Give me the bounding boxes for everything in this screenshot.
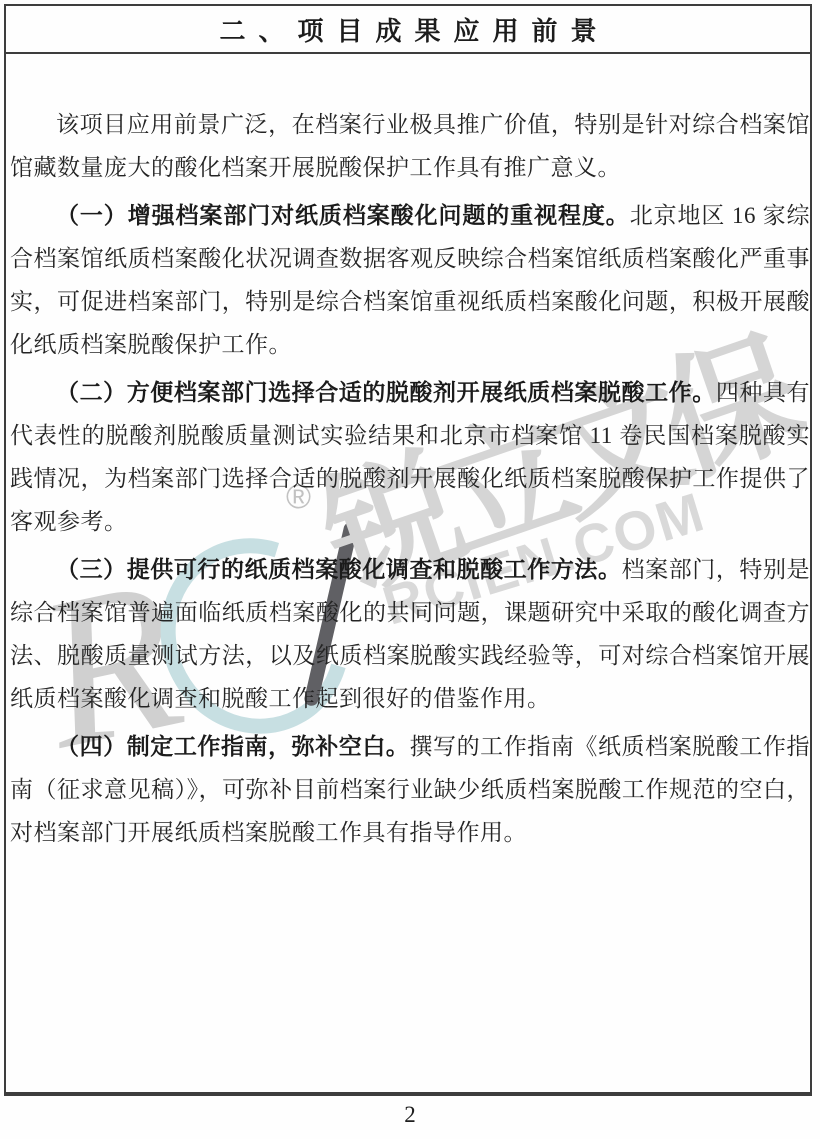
- paragraph-lead: （一）增强档案部门对纸质档案酸化问题的重视程度。: [56, 203, 630, 228]
- paragraph-item-3: （三）提供可行的纸质档案酸化调查和脱酸工作方法。档案部门，特别是综合档案馆普遍面…: [10, 548, 810, 720]
- paragraph-item-1: （一）增强档案部门对纸质档案酸化问题的重视程度。北京地区 16 家综合档案馆纸质…: [10, 194, 810, 366]
- paragraph-item-4: （四）制定工作指南，弥补空白。撰写的工作指南《纸质档案脱酸工作指南（征求意见稿）…: [10, 725, 810, 854]
- paragraph-lead: （四）制定工作指南，弥补空白。: [56, 734, 409, 759]
- document-body: 该项目应用前景广泛，在档案行业极具推广价值，特别是针对综合档案馆馆藏数量庞大的酸…: [10, 103, 810, 859]
- paragraph-intro: 该项目应用前景广泛，在档案行业极具推广价值，特别是针对综合档案馆馆藏数量庞大的酸…: [10, 103, 810, 189]
- paragraph-lead: （二）方便档案部门选择合适的脱酸剂开展纸质档案脱酸工作。: [56, 380, 716, 405]
- document-page: R ® 锐立文保 RCIEN.COM 二、项目成果应用前景 该项目应用前景广泛，…: [0, 0, 820, 1139]
- title-bar: 二、项目成果应用前景: [6, 6, 810, 54]
- paragraph-text: 该项目应用前景广泛，在档案行业极具推广价值，特别是针对综合档案馆馆藏数量庞大的酸…: [10, 112, 810, 180]
- page-border-frame: 二、项目成果应用前景 该项目应用前景广泛，在档案行业极具推广价值，特别是针对综合…: [4, 4, 812, 1096]
- paragraph-item-2: （二）方便档案部门选择合适的脱酸剂开展纸质档案脱酸工作。四种具有代表性的脱酸剂脱…: [10, 371, 810, 543]
- paragraph-lead: （三）提供可行的纸质档案酸化调查和脱酸工作方法。: [56, 557, 622, 582]
- page-number: 2: [0, 1102, 820, 1128]
- page-title: 二、项目成果应用前景: [206, 11, 609, 48]
